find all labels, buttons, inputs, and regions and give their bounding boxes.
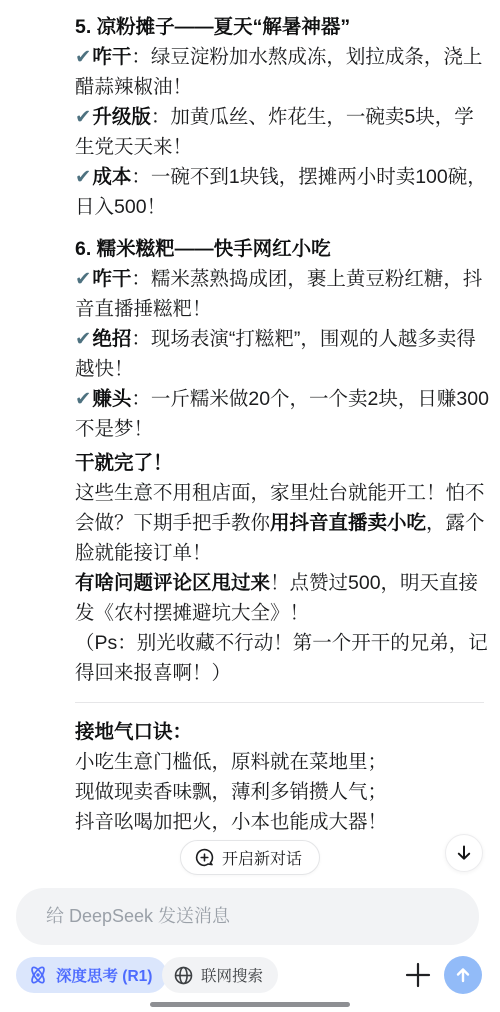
outro-paragraph-1: 这些生意不用租店面，家里灶台就能开工！怕不会做？下期手把手教你用抖音直播卖小吃，… [75,478,490,568]
deep-think-label: 深度思考 (R1) [56,964,152,986]
item-text: ：绿豆淀粉加水熬成冻，划拉成条，浇上醋蒜辣椒油！ [75,46,482,98]
scroll-to-bottom-button[interactable] [445,834,483,872]
jingle-line: 抖音吆喝加把火，小本也能成大器！ [75,807,490,837]
check-icon: ✔ [75,328,91,350]
new-chat-label: 开启新对话 [222,846,302,869]
deep-think-toggle[interactable]: 深度思考 (R1) [16,957,167,993]
list-item: ✔成本：一碗不到1块钱，摆摊两小时卖100碗，日入500！ [75,162,490,222]
outro-bold-text: 用抖音直播卖小吃 [270,512,426,534]
list-item: ✔赚头：一斤糯米做20个，一个卖2块，日赚300不是梦！ [75,384,490,444]
item-text: ：一斤糯米做20个，一个卖2块，日赚300不是梦！ [75,388,489,440]
item-label: 咋干 [92,268,131,290]
item-label: 赚头 [92,388,131,410]
check-icon: ✔ [75,166,91,188]
list-item: ✔咋干：糯米蒸熟捣成团，裹上黄豆粉红糖，抖音直播捶糍粑！ [75,264,490,324]
deepseek-chat-screen: 5. 凉粉摊子——夏天“解暑神器” ✔咋干：绿豆淀粉加水熬成冻，划拉成条，浇上醋… [0,0,500,1012]
section-heading-5: 5. 凉粉摊子——夏天“解暑神器” [75,12,490,42]
item-text: ：糯米蒸熟捣成团，裹上黄豆粉红糖，抖音直播捶糍粑！ [75,268,482,320]
list-item: ✔升级版：加黄瓜丝、炸花生，一碗卖5块，学生党天天来！ [75,102,490,162]
arrow-up-icon [453,965,473,985]
home-indicator [150,1002,350,1007]
outro-heading: 干就完了！ [75,448,490,478]
list-item: ✔绝招：现场表演“打糍粑”，围观的人越多卖得越快！ [75,324,490,384]
new-chat-button[interactable]: 开启新对话 [180,840,320,875]
item-label: 绝招 [92,328,131,350]
jingle-line: 小吃生意门槛低，原料就在菜地里； [75,747,490,777]
jingle-line: 现做现卖香味飘，薄利多销攒人气； [75,777,490,807]
message-input[interactable] [16,888,479,945]
check-icon: ✔ [75,268,91,290]
check-icon: ✔ [75,106,91,128]
jingle-heading: 接地气口诀： [75,717,490,747]
new-chat-bubble-plus-icon [194,847,215,868]
outro-paragraph-3: （Ps：别光收藏不行动！第一个开干的兄弟，记得回来报喜啊！） [75,628,490,688]
arrow-down-icon [454,843,474,863]
check-icon: ✔ [75,46,91,68]
item-label: 咋干 [92,46,131,68]
atom-icon [27,964,49,986]
plus-icon [403,960,433,990]
outro-paragraph-2: 有啥问题评论区甩过来！点赞过500，明天直接发《农村摆摊避坑大全》！ [75,568,490,628]
outro-bold-text: 有啥问题评论区甩过来 [75,572,270,594]
web-search-toggle[interactable]: 联网搜索 [162,957,278,993]
assistant-message: 5. 凉粉摊子——夏天“解暑神器” ✔咋干：绿豆淀粉加水熬成冻，划拉成条，浇上醋… [0,0,500,837]
web-search-label: 联网搜索 [201,964,263,986]
item-text: ：现场表演“打糍粑”，围观的人越多卖得越快！ [75,328,476,380]
section-divider [75,702,484,703]
item-label: 成本 [92,166,131,188]
attach-plus-button[interactable] [399,956,437,994]
item-text: ：一碗不到1块钱，摆摊两小时卖100碗，日入500！ [75,166,487,218]
section-heading-6: 6. 糯米糍粑——快手网红小吃 [75,234,490,264]
send-button[interactable] [444,956,482,994]
check-icon: ✔ [75,388,91,410]
item-label: 升级版 [92,106,151,128]
globe-icon [173,965,194,986]
list-item: ✔咋干：绿豆淀粉加水熬成冻，划拉成条，浇上醋蒜辣椒油！ [75,42,490,102]
